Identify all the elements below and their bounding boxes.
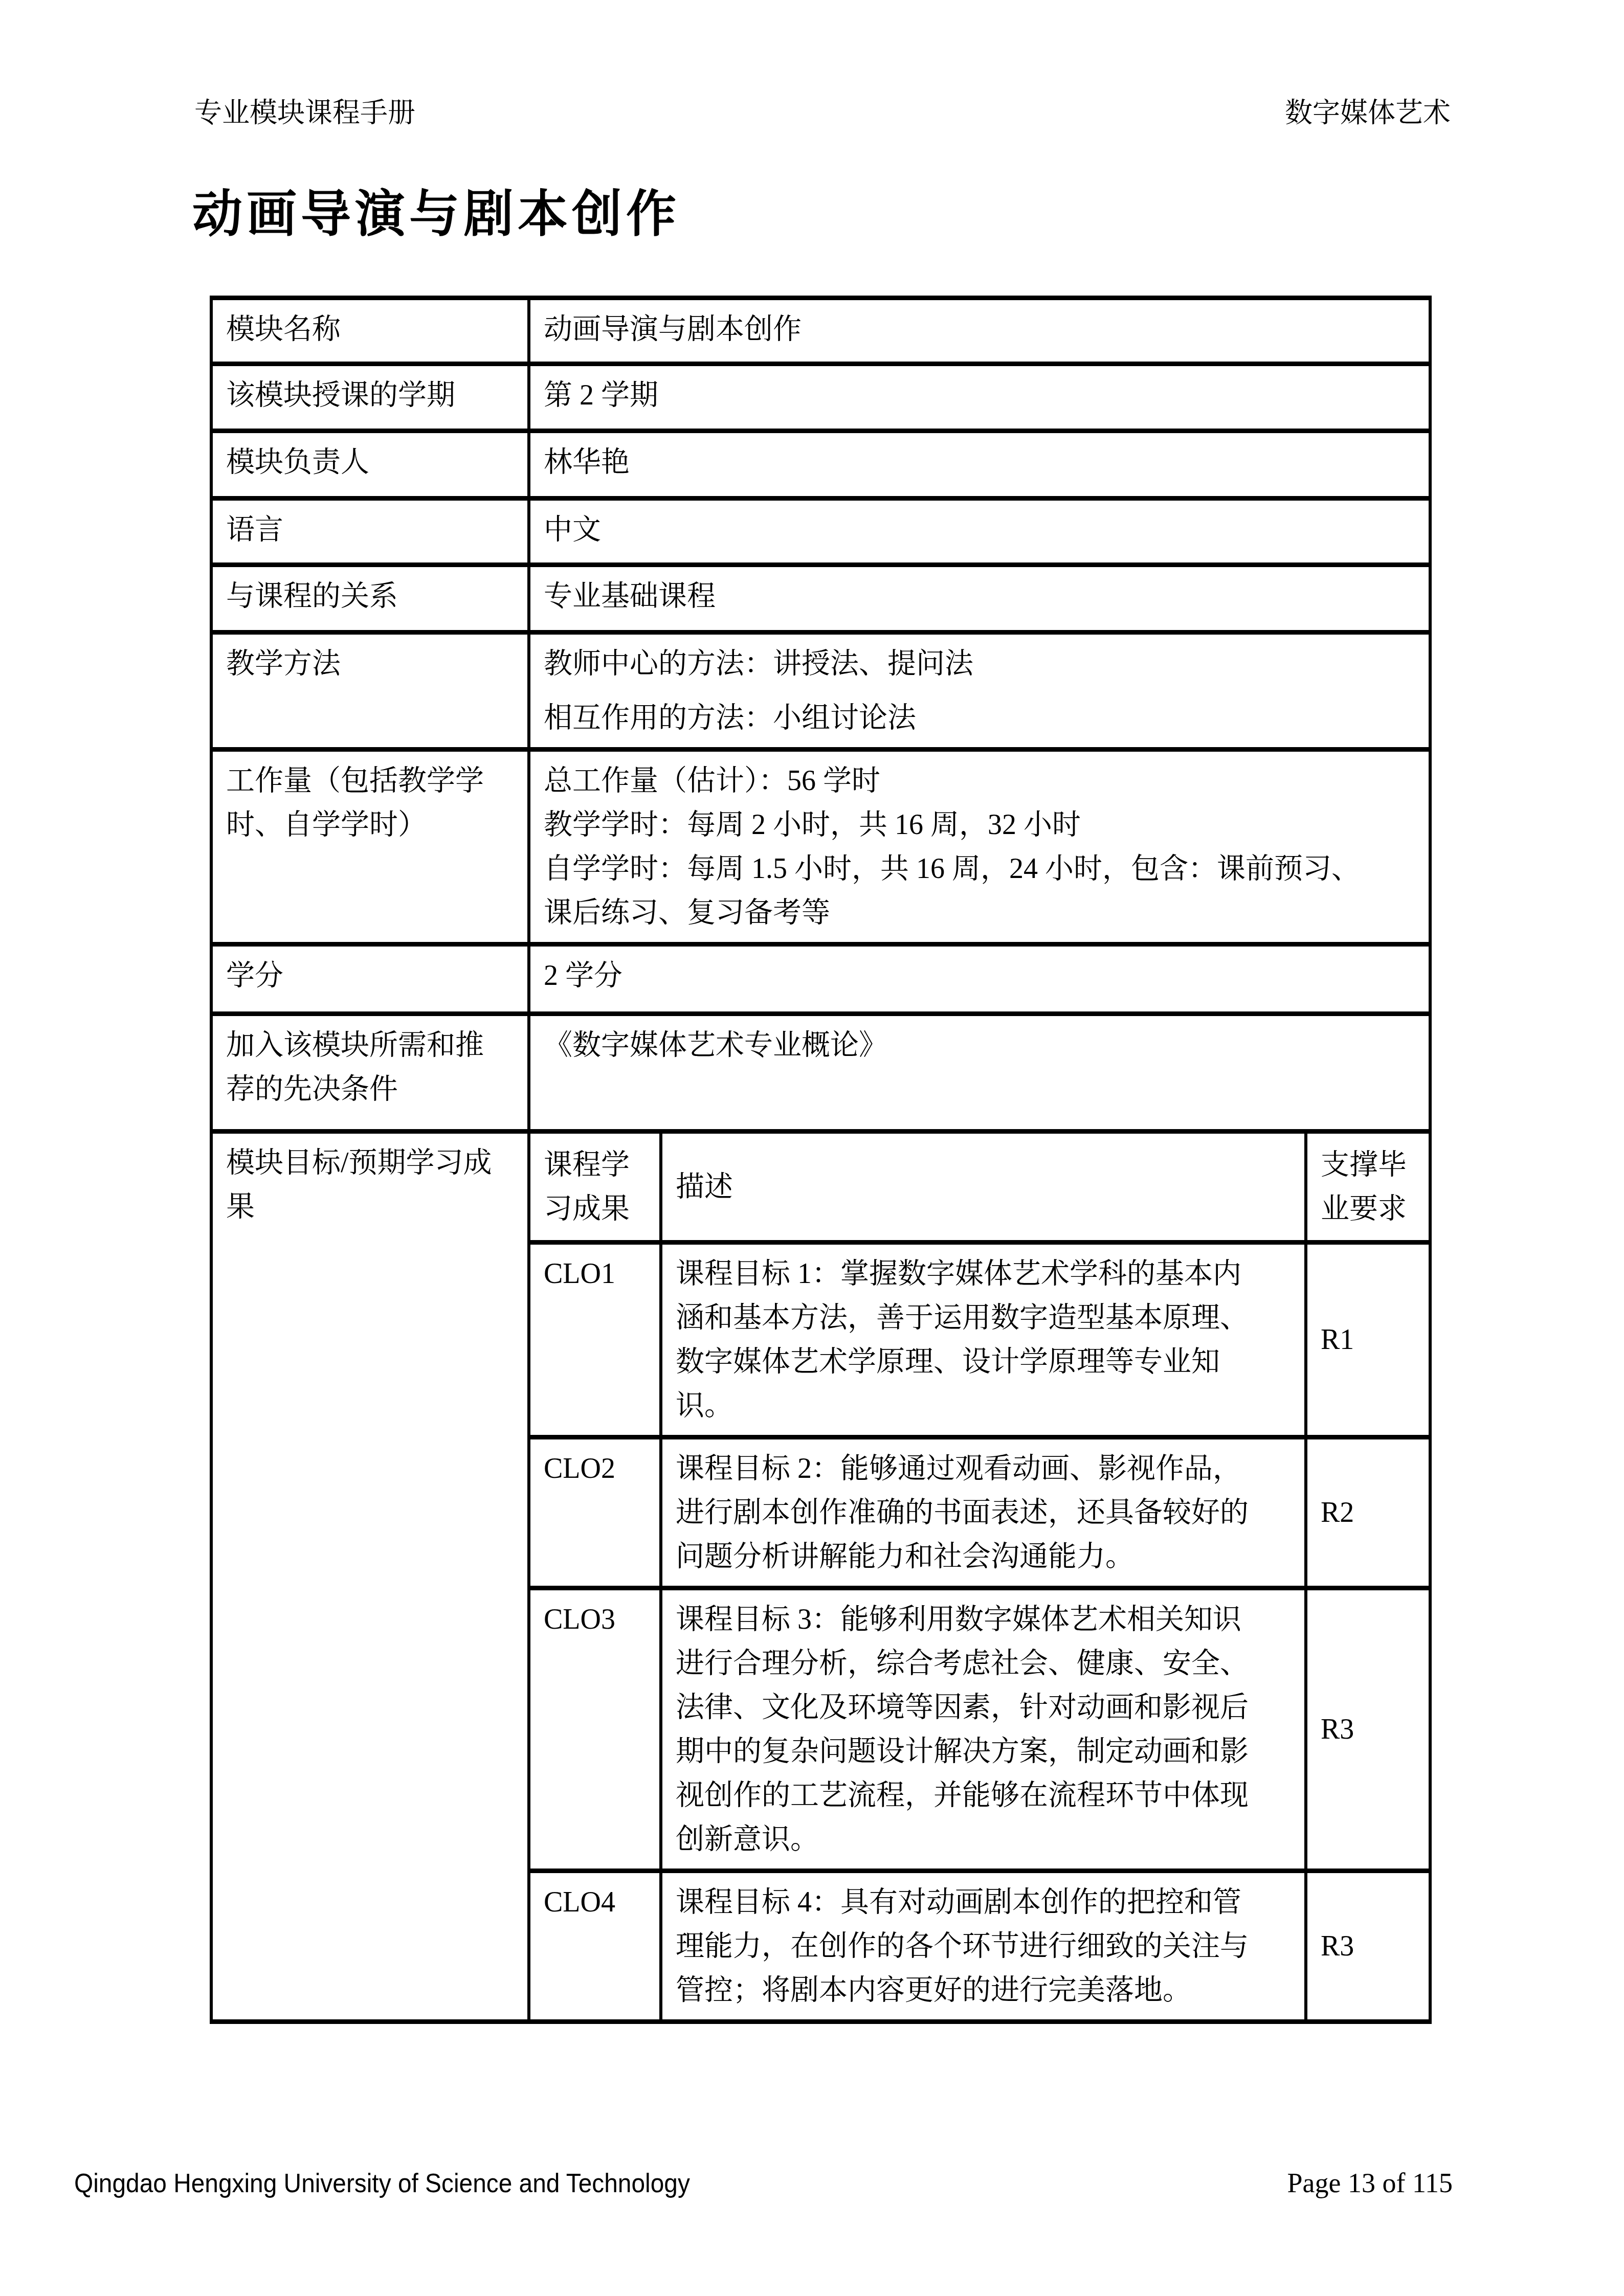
clo4-id-cell: CLO4: [529, 1871, 661, 2022]
outcomes-col-clo-header: 课程学 习成果: [529, 1132, 661, 1243]
row-teaching-methods: 教学方法 教师中心的方法：讲授法、提问法 相互作用的方法：小组讨论法: [211, 633, 1430, 750]
workload-total-line: 总工作量（估计）：56 学时: [544, 759, 1415, 803]
clo2-id-cell: CLO2: [529, 1437, 661, 1588]
value-module-leader: 林华艳: [529, 431, 1430, 499]
clo4-description-cell: 课程目标 4：具有对动画剧本创作的把控和管 理能力，在创作的各个环节进行细致的关…: [661, 1871, 1306, 2022]
workload-selfstudy-line: 自学学时：每周 1.5 小时，共 16 周，24 小时，包含：课前预习、 课后练…: [544, 847, 1415, 935]
row-module-leader: 模块负责人 林华艳: [211, 431, 1430, 499]
label-language: 语言: [211, 499, 529, 565]
module-info-table: 模块名称 动画导演与剧本创作 该模块授课的学期 第 2 学期 模块负责人 林华艳…: [210, 296, 1432, 2024]
label-curriculum-relation: 与课程的关系: [211, 565, 529, 633]
teaching-method-line-1: 教师中心的方法：讲授法、提问法: [544, 642, 1415, 686]
value-module-name: 动画导演与剧本创作: [529, 298, 1430, 364]
value-prerequisites: 《数字媒体艺术专业概论》: [529, 1014, 1430, 1132]
clo3-description-cell: 课程目标 3：能够利用数字媒体艺术相关知识 进行合理分析，综合考虑社会、健康、安…: [661, 1588, 1306, 1871]
clo3-id-cell: CLO3: [529, 1588, 661, 1871]
label-workload: 工作量（包括教学学 时、自学学时）: [211, 750, 529, 944]
outcomes-col-req-header: 支撑毕 业要求: [1306, 1132, 1430, 1243]
clo1-requirement-cell: R1: [1306, 1243, 1430, 1437]
clo3-requirement-cell: R3: [1306, 1588, 1430, 1871]
row-module-name: 模块名称 动画导演与剧本创作: [211, 298, 1430, 364]
label-module-leader: 模块负责人: [211, 431, 529, 499]
handbook-title-text: 专业模块课程手册: [194, 97, 415, 129]
row-language: 语言 中文: [211, 499, 1430, 565]
row-curriculum-relation: 与课程的关系 专业基础课程: [211, 565, 1430, 633]
teaching-method-line-2: 相互作用的方法：小组讨论法: [544, 696, 1415, 740]
clo1-description-cell: 课程目标 1：掌握数字媒体艺术学科的基本内 涵和基本方法，善于运用数字造型基本原…: [661, 1243, 1306, 1437]
value-language: 中文: [529, 499, 1430, 565]
value-workload: 总工作量（估计）：56 学时 教学学时：每周 2 小时，共 16 周，32 小时…: [529, 750, 1430, 944]
label-module-name: 模块名称: [211, 298, 529, 364]
row-workload: 工作量（包括教学学 时、自学学时） 总工作量（估计）：56 学时 教学学时：每周…: [211, 750, 1430, 944]
page-footer: Qingdao Hengxing University of Science a…: [74, 2167, 1453, 2199]
value-semester: 第 2 学期: [529, 364, 1430, 431]
outcomes-col-desc-header: 描述: [661, 1132, 1306, 1243]
label-credits: 学分: [211, 944, 529, 1014]
row-prerequisites: 加入该模块所需和推 荐的先决条件 《数字媒体艺术专业概论》: [211, 1014, 1430, 1132]
clo2-description-cell: 课程目标 2：能够通过观看动画、影视作品， 进行剧本创作准确的书面表述，还具备较…: [661, 1437, 1306, 1588]
value-curriculum-relation: 专业基础课程: [529, 565, 1430, 633]
page-header: 专业模块课程手册 数字媒体艺术: [194, 97, 1451, 129]
program-name-text: 数字媒体艺术: [1285, 97, 1451, 129]
value-teaching-methods: 教师中心的方法：讲授法、提问法 相互作用的方法：小组讨论法: [529, 633, 1430, 750]
label-module-objectives: 模块目标/预期学习成 果: [211, 1132, 529, 2022]
clo1-id-cell: CLO1: [529, 1243, 661, 1437]
workload-teaching-line: 教学学时：每周 2 小时，共 16 周，32 小时: [544, 803, 1415, 847]
clo2-requirement-cell: R2: [1306, 1437, 1430, 1588]
row-credits: 学分 2 学分: [211, 944, 1430, 1014]
university-name-text: Qingdao Hengxing University of Science a…: [74, 2168, 690, 2199]
document-page: 专业模块课程手册 数字媒体艺术 动画导演与剧本创作 模块名称 动画导演与剧本创作…: [0, 0, 1624, 2296]
value-credits: 2 学分: [529, 944, 1430, 1014]
page-number-text: Page 13 of 115: [1287, 2167, 1453, 2199]
row-outcomes-header: 模块目标/预期学习成 果 课程学 习成果 描述 支撑毕 业要求: [211, 1132, 1430, 1243]
label-teaching-methods: 教学方法: [211, 633, 529, 750]
label-prerequisites: 加入该模块所需和推 荐的先决条件: [211, 1014, 529, 1132]
row-semester: 该模块授课的学期 第 2 学期: [211, 364, 1430, 431]
clo4-requirement-cell: R3: [1306, 1871, 1430, 2022]
module-title: 动画导演与剧本创作: [192, 184, 680, 245]
label-semester: 该模块授课的学期: [211, 364, 529, 431]
